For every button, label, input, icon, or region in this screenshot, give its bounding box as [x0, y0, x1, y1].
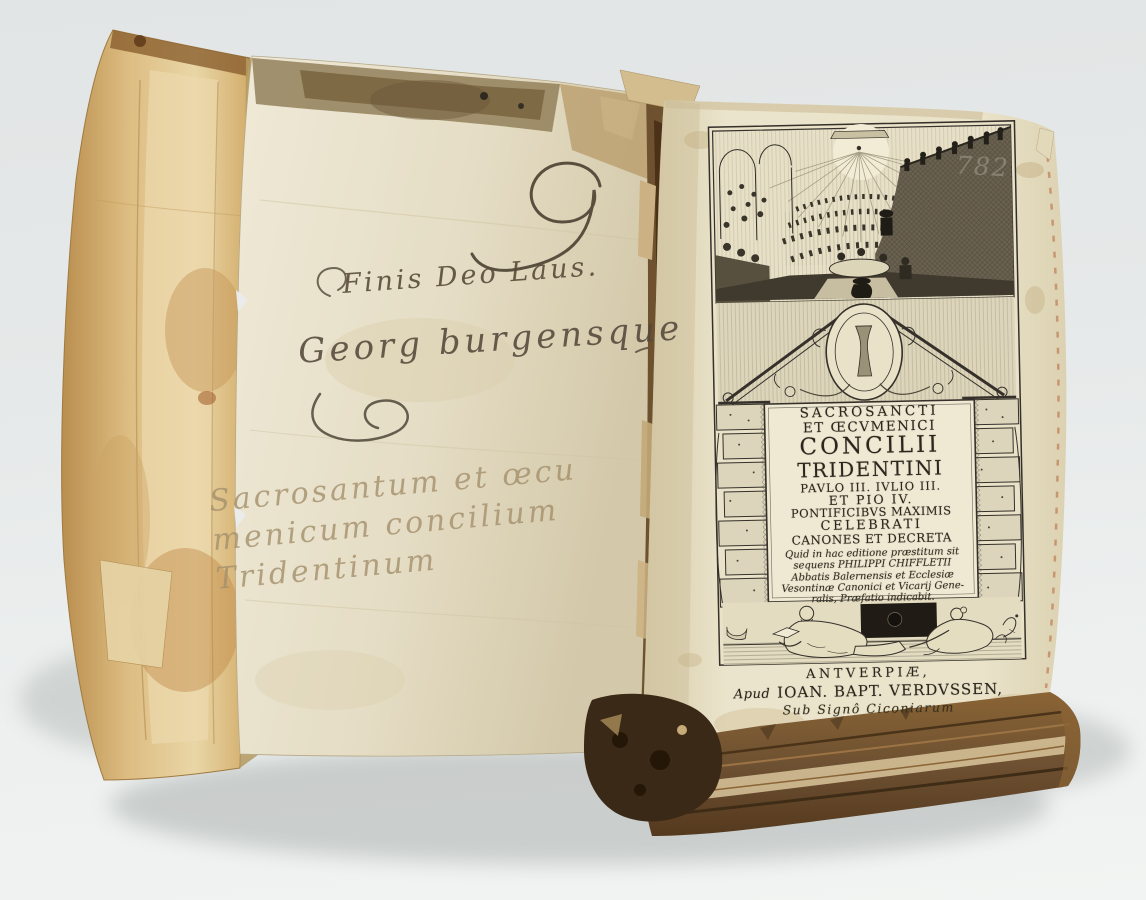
shelf-number-note: 782 [955, 151, 1010, 183]
imprint-apud: Apud [734, 687, 771, 703]
left-flyleaf-page [234, 56, 658, 756]
title-heading: SACROSANCTI ET ŒCVMENICI CONCILII TRIDEN… [764, 403, 977, 548]
title-text-block: SACROSANCTI ET ŒCVMENICI CONCILII TRIDEN… [764, 403, 978, 607]
council-scene [712, 121, 1014, 303]
vellum-cover [62, 30, 252, 780]
pediment-cartouche [716, 297, 1016, 405]
privilege-note: Quid in hac editione præstitum sit seque… [767, 546, 978, 607]
ink-spot [518, 103, 524, 109]
allegorical-figures-scene [722, 597, 1021, 665]
imprint-block: ANTVERPIÆ, ApudIOAN. BAPT. VERDVSSEN, Su… [716, 663, 1021, 718]
photo-antique-book: SACROSANCTI ET ŒCVMENICI CONCILII TRIDEN… [0, 0, 1146, 900]
ink-spot [480, 92, 488, 100]
